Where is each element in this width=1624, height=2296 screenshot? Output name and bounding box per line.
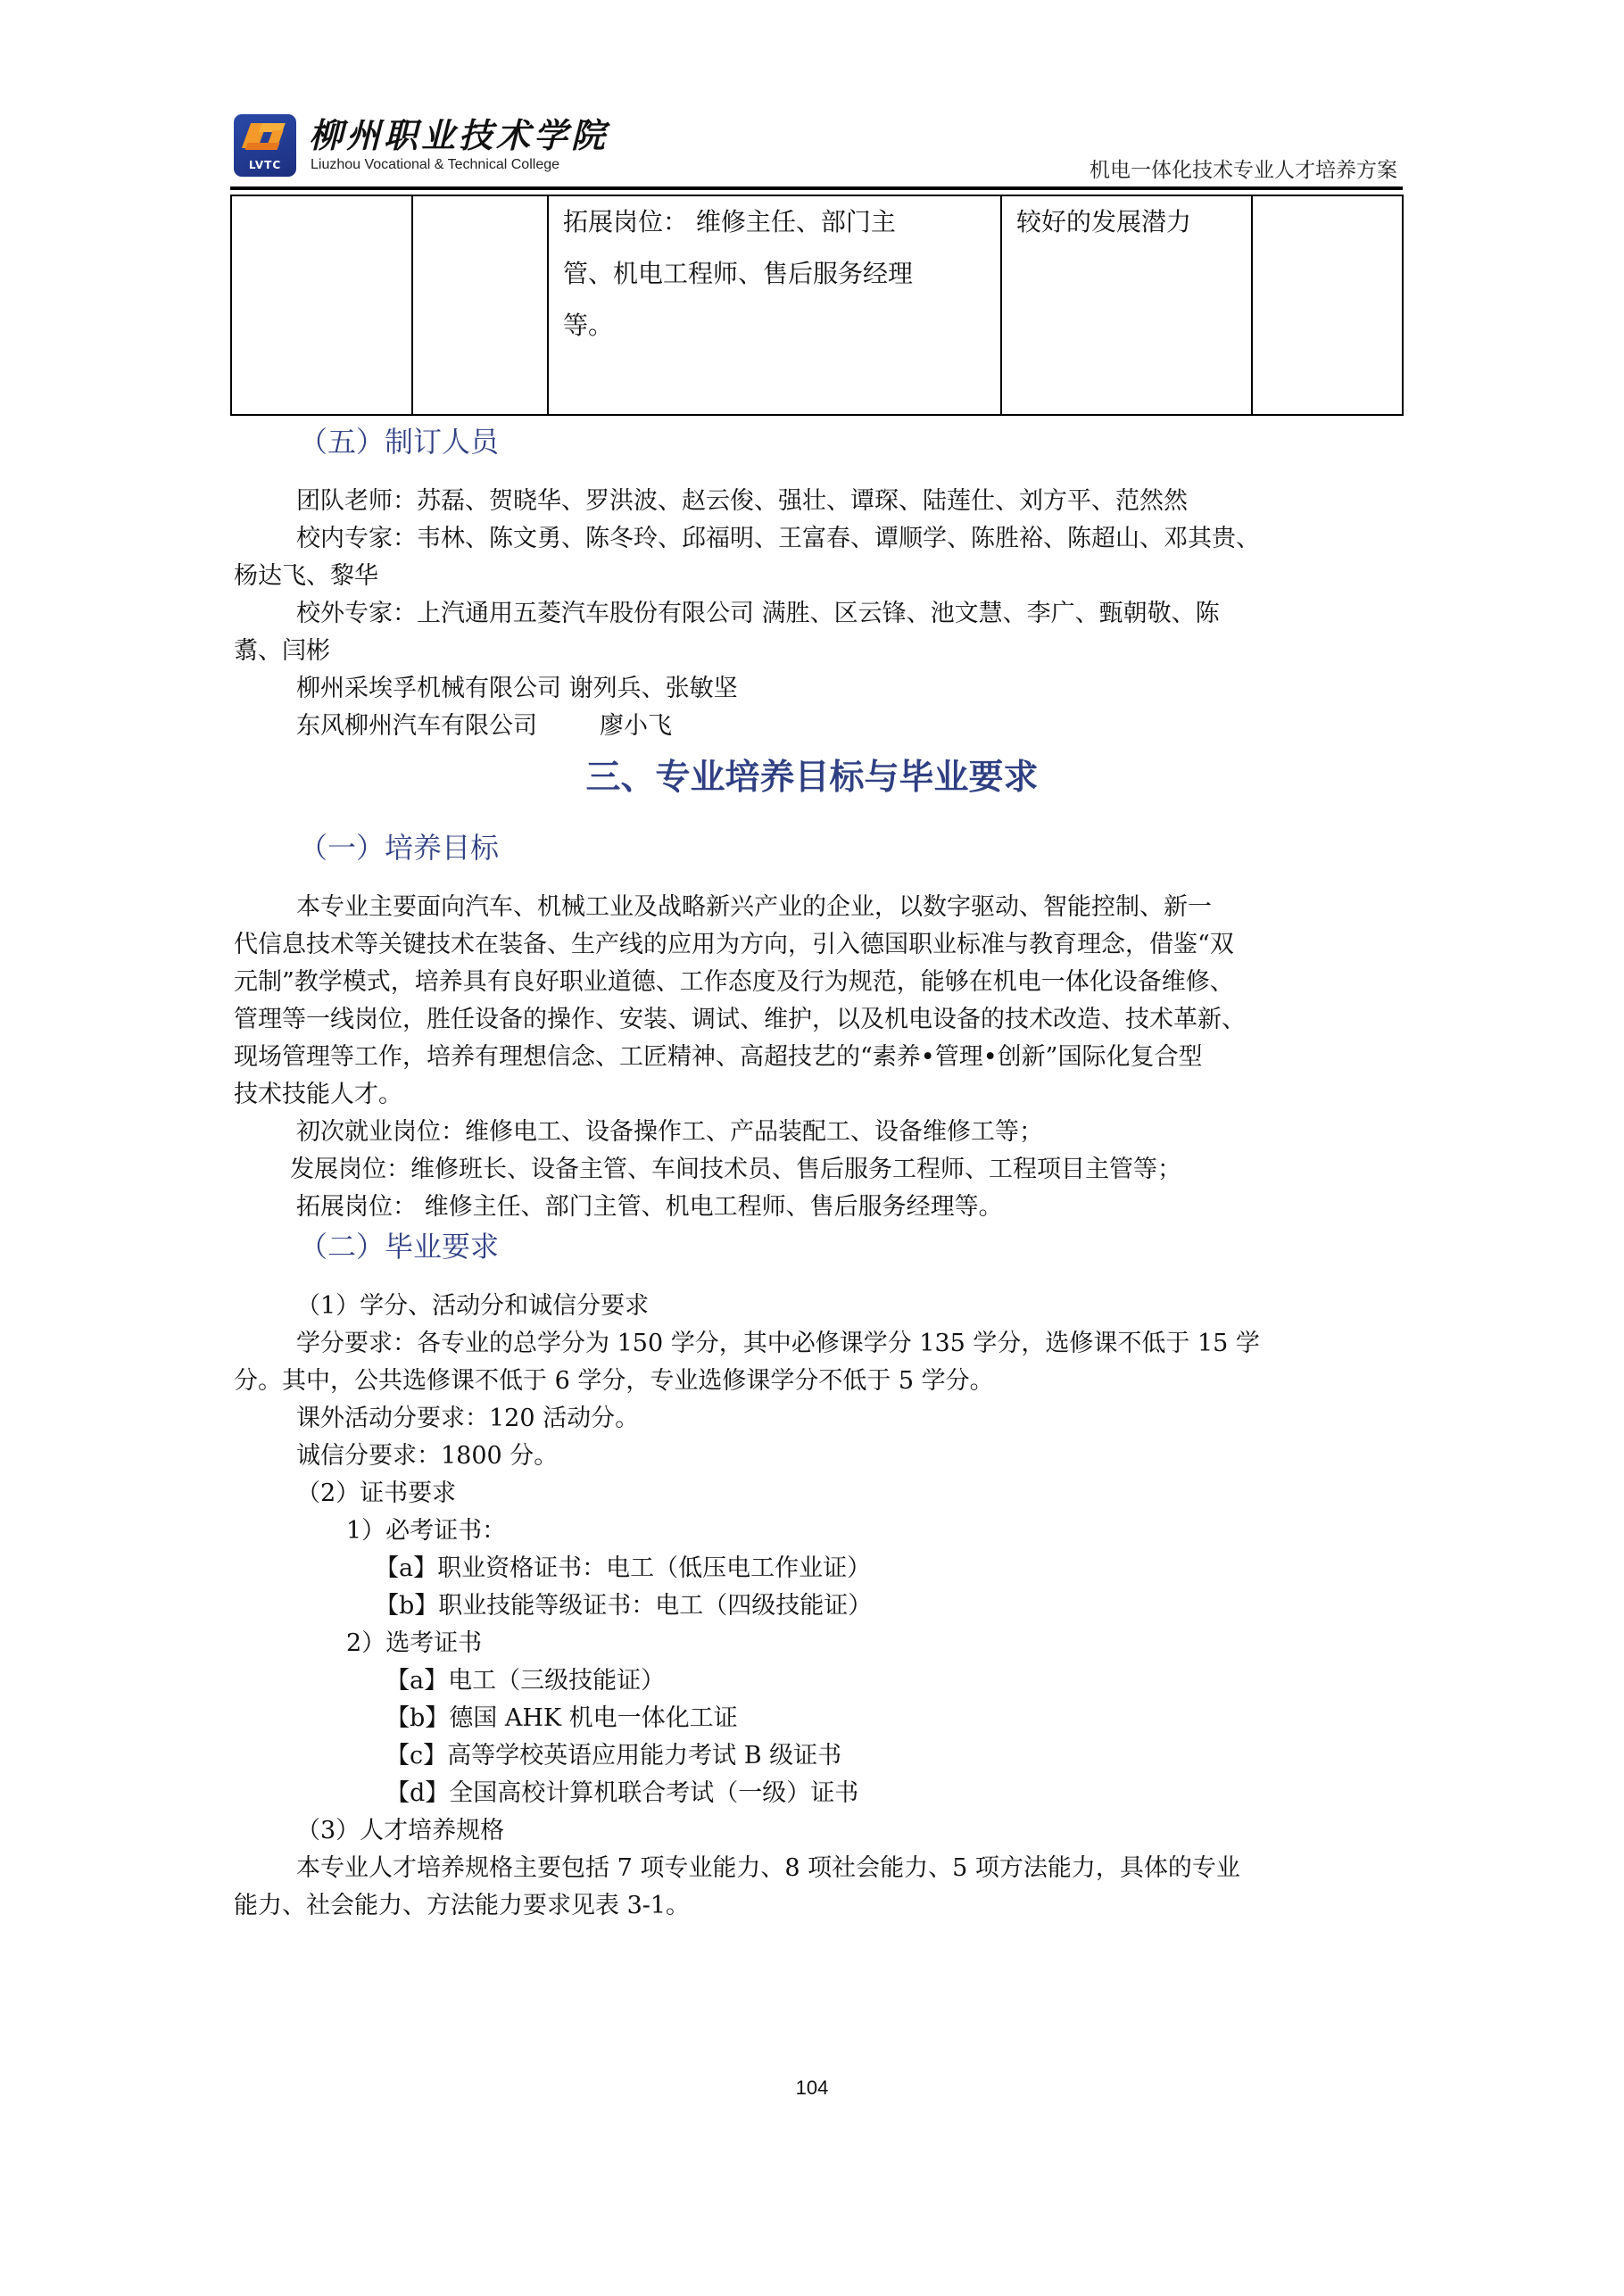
table-cell [231,195,412,415]
document-page: LVTC 柳州职业技术学院 Liuzhou Vocational & Techn… [0,0,1624,2296]
required-certificate-item: 【a】职业资格证书：电工（低压电工作业证） [375,1550,871,1587]
section-heading-graduation: （二）毕业要求 [299,1224,499,1265]
optional-certificate-item: 【d】全国高校计算机联合考试（一级）证书 [385,1775,858,1812]
chapter-title: 三、专业培养目标与毕业要求 [0,750,1624,800]
required-certificate-item: 【b】职业技能等级证书：电工（四级技能证） [375,1587,872,1625]
table-cell [412,195,548,415]
company-dongfeng: 东风柳州汽车有限公司廖小飞 [296,708,672,745]
company-name: 东风柳州汽车有限公司 [296,712,537,740]
header-divider [230,186,1403,190]
company-person: 廖小飞 [600,712,672,740]
integrity-points: 诚信分要求：1800 分。 [296,1438,558,1475]
internal-experts: 校内专家：韦林、陈文勇、陈冬玲、邱福明、王富春、谭顺学、陈胜裕、陈超山、邓其贵、 [296,520,1260,558]
page-number: 104 [0,2076,1624,2100]
college-logo-icon: LVTC [234,114,296,177]
team-teachers: 团队老师：苏磊、贺晓华、罗洪波、赵云俊、强壮、谭琛、陆莲仕、刘方平、范然然 [296,483,1188,520]
credits-heading: （1）学分、活动分和诚信分要求 [296,1288,649,1325]
logo-text: LVTC [234,159,296,171]
cell-line: 拓展岗位： 维修主任、部门主 [563,196,986,248]
optional-certificate-item: 【c】高等学校英语应用能力考试 B 级证书 [385,1737,841,1775]
table-cell-expansion-positions: 拓展岗位： 维修主任、部门主 管、机电工程师、售后服务经理 等。 [548,195,1001,415]
section-heading-objectives: （一）培养目标 [299,825,499,866]
objectives-paragraph-line: 代信息技术等关键技术在装备、生产线的应用为方向，引入德国职业标准与教育理念，借鉴… [234,926,1234,964]
expansion-positions: 拓展岗位： 维修主任、部门主管、机电工程师、售后服务经理等。 [296,1189,1003,1226]
optional-certificate-item: 【b】德国 AHK 机电一体化工证 [385,1700,738,1737]
talent-specs-heading: （3）人才培养规格 [296,1812,504,1850]
school-name-en: Liuzhou Vocational & Technical College [311,157,559,173]
document-title: 机电一体化技术专业人才培养方案 [1090,153,1397,183]
cell-line: 等。 [563,300,986,352]
talent-specs: 本专业人才培养规格主要包括 7 项专业能力、8 项社会能力、5 项方法能力，具体… [296,1850,1240,1887]
company-zf: 柳州采埃孚机械有限公司 谢列兵、张敏坚 [296,670,738,708]
objectives-paragraph-line: 管理等一线岗位，胜任设备的操作、安装、调试、维护，以及机电设备的技术改造、技术革… [234,1001,1246,1039]
credits-requirement-cont: 分。其中，公共选修课不低于 6 学分，专业选修课学分不低于 5 学分。 [234,1363,994,1400]
external-experts: 校外专家：上汽通用五菱汽车股份有限公司 满胜、区云锋、池文慧、李广、甄朝敬、陈 [296,595,1220,633]
cell-line: 管、机电工程师、售后服务经理 [563,248,986,300]
talent-specs-cont: 能力、社会能力、方法能力要求见表 3-1。 [234,1887,690,1925]
section-heading-drafters: （五）制订人员 [299,419,499,460]
activity-points: 课外活动分要求：120 活动分。 [296,1400,639,1438]
credits-requirement: 学分要求：各专业的总学分为 150 学分，其中必修课学分 135 学分，选修课不… [296,1325,1260,1363]
table-cell-potential: 较好的发展潜力 [1001,195,1252,415]
certificates-heading: （2）证书要求 [296,1475,456,1513]
table-row: 拓展岗位： 维修主任、部门主 管、机电工程师、售后服务经理 等。 较好的发展潜力 [231,195,1403,415]
optional-certificate-item: 【a】电工（三级技能证） [385,1662,665,1700]
table-cell [1252,195,1403,415]
optional-certificates-heading: 2）选考证书 [346,1625,482,1662]
page-header: LVTC 柳州职业技术学院 Liuzhou Vocational & Techn… [234,114,1403,187]
external-experts-cont: 翥、闫彬 [234,633,330,670]
objectives-paragraph-line: 现场管理等工作，培养有理想信念、工匠精神、高超技艺的“素养•管理•创新”国际化复… [234,1039,1202,1076]
objectives-paragraph-line: 元制”教学模式，培养具有良好职业道德、工作态度及行为规范，能够在机电一体化设备维… [234,964,1234,1001]
internal-experts-cont: 杨达飞、黎华 [234,558,378,595]
objectives-paragraph-line: 技术技能人才。 [234,1076,402,1114]
positions-table-continuation: 拓展岗位： 维修主任、部门主 管、机电工程师、售后服务经理 等。 较好的发展潜力 [230,195,1404,416]
objectives-paragraph-line: 本专业主要面向汽车、机械工业及战略新兴产业的企业，以数字驱动、智能控制、新一 [296,889,1212,926]
development-positions: 发展岗位：维修班长、设备主管、车间技术员、售后服务工程师、工程项目主管等； [290,1151,1181,1189]
required-certificates-heading: 1）必考证书： [268,1513,506,1550]
initial-positions: 初次就业岗位：维修电工、设备操作工、产品装配工、设备维修工等； [296,1114,1043,1151]
school-name-cn: 柳州职业技术学院 [309,116,609,155]
